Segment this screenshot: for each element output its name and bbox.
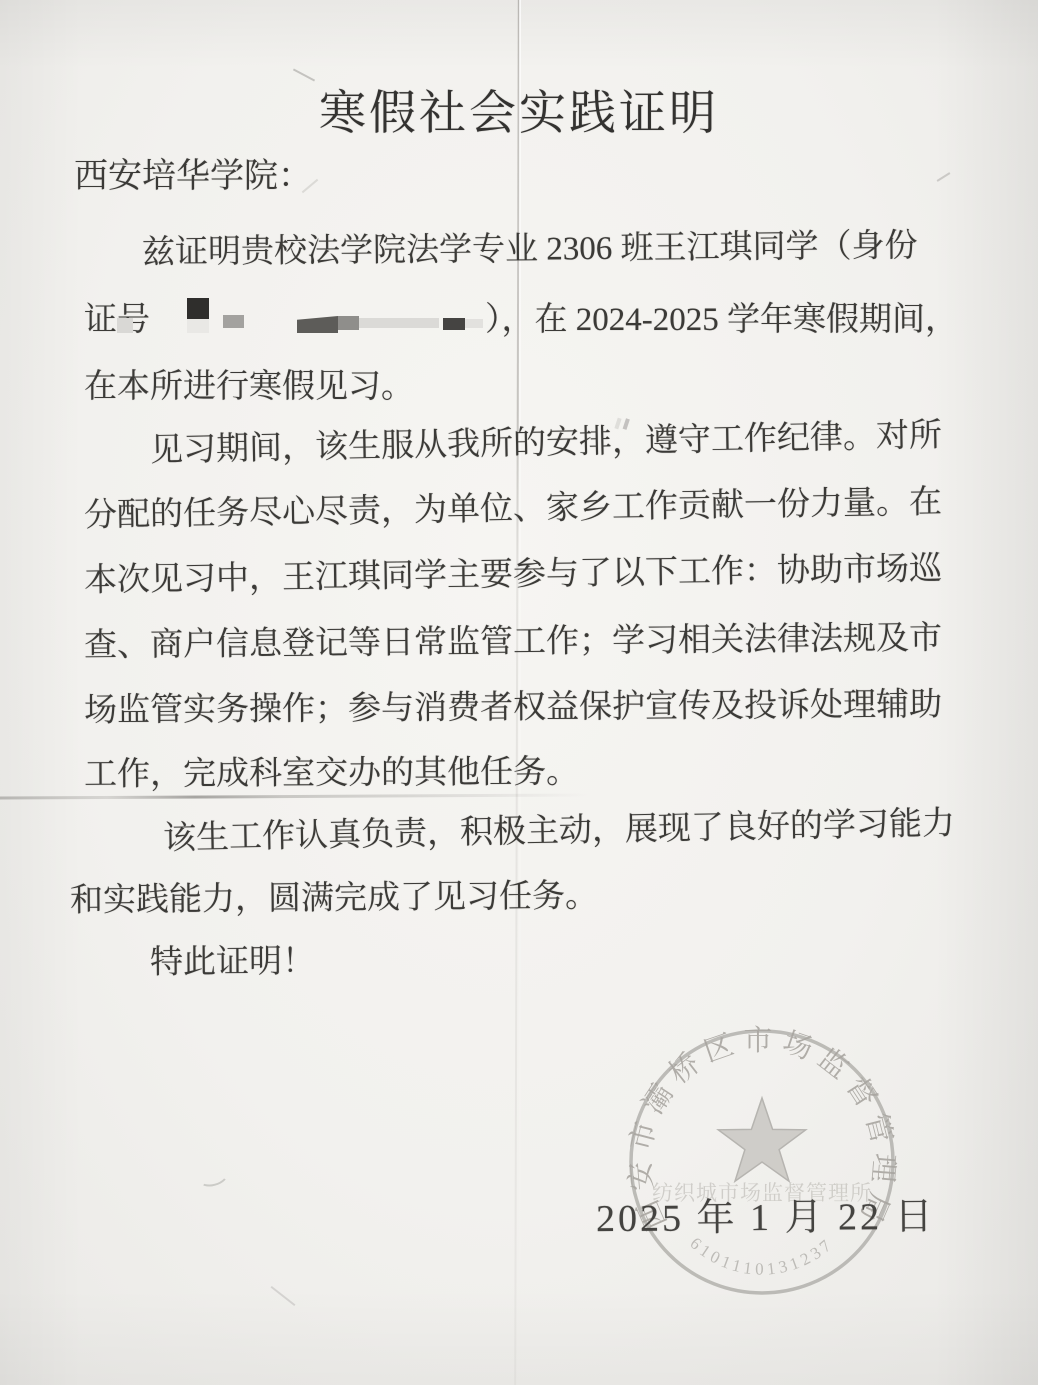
body-line-1: 兹证明贵校法学院法学专业 2306 班王江琪同学（身份 [142,219,918,273]
body-line-8: 工作，完成科室交办的其他任务。 [84,745,579,795]
body-line-7: 场监管实务操作；参与消费者权益保护宣传及投诉处理辅助 [84,678,942,731]
redaction-block [297,316,338,333]
salutation: 西安培华学院： [74,148,312,197]
id-line-suffix: ），在 2024-2025 学年寒假期间， [485,293,958,340]
redaction-block [443,318,465,330]
id-number-line: 证号 ），在 2024-2025 学年寒假期间， [84,293,994,343]
body-line-3: 见习期间，该生服从我所的安排，遵守工作纪律。对所 [150,409,943,471]
redaction-block [117,318,133,333]
body-line-10: 和实践能力，圆满完成了见习任务。 [70,869,598,921]
paper-scuff [271,1286,296,1306]
redaction-block [223,315,244,328]
issue-date: 2025 年 1 月 22 日 [596,1185,936,1242]
closing-statement: 特此证明！ [150,935,315,983]
redaction-block [465,319,483,328]
paper-scuff [196,1164,230,1189]
redaction-block [187,298,209,319]
body-line-9: 该生工作认真负责，积极主动，展现了良好的学习能力 [163,797,956,859]
star-icon [718,1098,805,1181]
redaction-block [187,319,209,333]
body-line-4: 分配的任务尽心尽责，为单位、家乡工作贡献一份力量。在 [84,476,943,536]
document-title: 寒假社会实践证明 [0,76,1038,143]
body-line-5: 本次见习中，王江琪同学主要参与了以下工作：协助市场巡 [84,542,943,601]
scanned-certificate-page: 寒假社会实践证明 西安培华学院： 兹证明贵校法学院法学专业 2306 班王江琪同… [0,0,1038,1385]
body-line-6: 查、商户信息登记等日常监管工作；学习相关法律法规及市 [84,612,942,666]
redaction-block [338,316,359,330]
official-seal: 西安市灞桥区市场监督管理局 纺织城市场监督管理所 6101110131237 [622,1022,902,1302]
redaction-block [359,318,439,328]
paper-scuff [937,172,951,182]
body-line-2: 在本所进行寒假见习。 [84,360,414,407]
